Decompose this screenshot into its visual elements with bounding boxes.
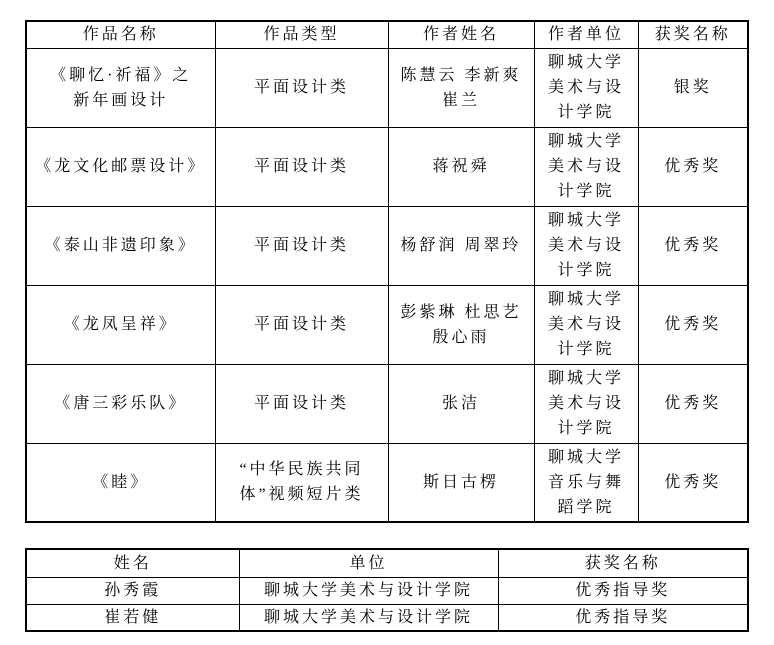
cell-author-unit: 聊城大学 美术与设 计学院	[534, 127, 638, 206]
cell-award-name: 优秀奖	[638, 443, 748, 522]
table-row: 《泰山非遗印象》 平面设计类 杨舒润 周翠玲 聊城大学 美术与设 计学院 优秀奖	[26, 206, 748, 285]
cell-award-name: 银奖	[638, 48, 748, 127]
cell-work-name: 《聊忆·祈福》之 新年画设计	[26, 48, 215, 127]
cell-author-unit: 聊城大学 美术与设 计学院	[534, 364, 638, 443]
cell-award-name: 优秀奖	[638, 127, 748, 206]
cell-award-name: 优秀奖	[638, 285, 748, 364]
cell-unit: 聊城大学美术与设计学院	[239, 577, 498, 604]
cell-award-name: 优秀奖	[638, 206, 748, 285]
cell-work-type: 平面设计类	[215, 364, 388, 443]
cell-author-name: 张洁	[388, 364, 534, 443]
cell-work-name: 《唐三彩乐队》	[26, 364, 215, 443]
cell-author-name: 蒋祝舜	[388, 127, 534, 206]
cell-work-type: 平面设计类	[215, 48, 388, 127]
header-work-type: 作品类型	[215, 21, 388, 48]
document-page: 作品名称 作品类型 作者姓名 作者单位 获奖名称 《聊忆·祈福》之 新年画设计 …	[0, 0, 774, 632]
cell-author-name: 杨舒润 周翠玲	[388, 206, 534, 285]
header-unit: 单位	[239, 549, 498, 577]
cell-author-name: 彭紫琳 杜思艺 殷心雨	[388, 285, 534, 364]
table-row: 崔若健 聊城大学美术与设计学院 优秀指导奖	[26, 604, 748, 631]
cell-work-name: 《泰山非遗印象》	[26, 206, 215, 285]
table-row: 《龙凤呈祥》 平面设计类 彭紫琳 杜思艺 殷心雨 聊城大学 美术与设 计学院 优…	[26, 285, 748, 364]
cell-author-name: 斯日古楞	[388, 443, 534, 522]
table-row: 《龙文化邮票设计》 平面设计类 蒋祝舜 聊城大学 美术与设 计学院 优秀奖	[26, 127, 748, 206]
header-author-name: 作者姓名	[388, 21, 534, 48]
awards-table: 作品名称 作品类型 作者姓名 作者单位 获奖名称 《聊忆·祈福》之 新年画设计 …	[25, 20, 749, 523]
table-row: 《睦》 “中华民族共同 体”视频短片类 斯日古楞 聊城大学 音乐与舞 蹈学院 优…	[26, 443, 748, 522]
cell-award-name: 优秀奖	[638, 364, 748, 443]
cell-work-name: 《龙凤呈祥》	[26, 285, 215, 364]
awards-header-row: 作品名称 作品类型 作者姓名 作者单位 获奖名称	[26, 21, 748, 48]
advisors-table: 姓名 单位 获奖名称 孙秀霞 聊城大学美术与设计学院 优秀指导奖 崔若健 聊城大…	[25, 548, 749, 632]
cell-author-unit: 聊城大学 音乐与舞 蹈学院	[534, 443, 638, 522]
cell-author-unit: 聊城大学 美术与设 计学院	[534, 285, 638, 364]
cell-author-name: 陈慧云 李新爽 崔兰	[388, 48, 534, 127]
table-row: 《唐三彩乐队》 平面设计类 张洁 聊城大学 美术与设 计学院 优秀奖	[26, 364, 748, 443]
table-row: 《聊忆·祈福》之 新年画设计 平面设计类 陈慧云 李新爽 崔兰 聊城大学 美术与…	[26, 48, 748, 127]
cell-work-type: “中华民族共同 体”视频短片类	[215, 443, 388, 522]
header-work-name: 作品名称	[26, 21, 215, 48]
cell-author-unit: 聊城大学 美术与设 计学院	[534, 206, 638, 285]
header-author-unit: 作者单位	[534, 21, 638, 48]
advisors-header-row: 姓名 单位 获奖名称	[26, 549, 748, 577]
cell-work-type: 平面设计类	[215, 285, 388, 364]
cell-work-type: 平面设计类	[215, 206, 388, 285]
cell-work-name: 《睦》	[26, 443, 215, 522]
cell-work-type: 平面设计类	[215, 127, 388, 206]
cell-award: 优秀指导奖	[498, 604, 748, 631]
cell-name: 崔若健	[26, 604, 239, 631]
table-row: 孙秀霞 聊城大学美术与设计学院 优秀指导奖	[26, 577, 748, 604]
header-name: 姓名	[26, 549, 239, 577]
cell-author-unit: 聊城大学 美术与设 计学院	[534, 48, 638, 127]
cell-unit: 聊城大学美术与设计学院	[239, 604, 498, 631]
cell-name: 孙秀霞	[26, 577, 239, 604]
cell-award: 优秀指导奖	[498, 577, 748, 604]
cell-work-name: 《龙文化邮票设计》	[26, 127, 215, 206]
header-award: 获奖名称	[498, 549, 748, 577]
header-award-name: 获奖名称	[638, 21, 748, 48]
